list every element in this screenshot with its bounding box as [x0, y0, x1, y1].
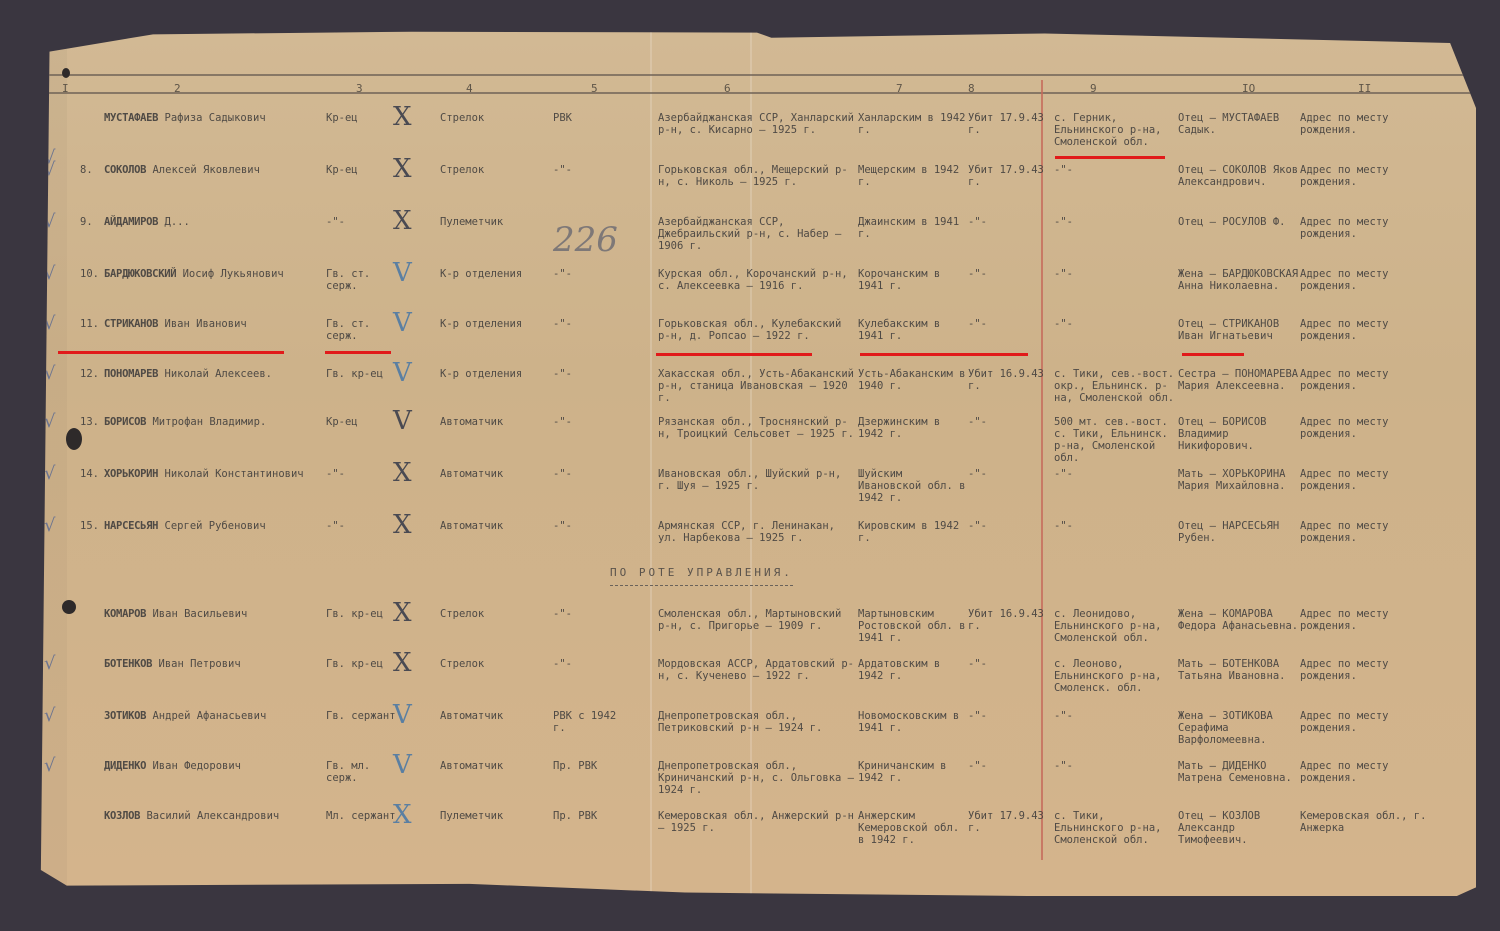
tick-mark-icon: √ [44, 658, 55, 670]
checkmark-icon: V [393, 410, 412, 432]
red-underline [1055, 156, 1165, 159]
tick-mark-icon: √ [44, 710, 55, 722]
red-underline [1182, 353, 1244, 356]
tick-mark-icon: √ [44, 468, 55, 480]
header-rule-top [38, 74, 1476, 76]
checkmark-icon: X [393, 514, 412, 536]
checkmark-icon: V [393, 262, 412, 284]
checkmark-icon: X [393, 602, 412, 624]
pencil-note: 226 [553, 220, 618, 260]
checkmark-icon: X [393, 106, 412, 128]
paper-hole [62, 600, 76, 614]
fold-line [650, 30, 652, 896]
document-page: I 2 3 4 5 6 7 8 9 IO II 226 √ МУСТАФАЕВ … [38, 30, 1476, 896]
checkmark-icon: V [393, 754, 412, 776]
red-underline [325, 351, 391, 354]
checkmark-icon: X [393, 804, 412, 826]
checkmark-icon: X [393, 462, 412, 484]
red-underline [656, 353, 812, 356]
tick-mark-icon: √ [44, 520, 55, 532]
paper-hole [66, 428, 82, 450]
tick-mark-icon: √ [44, 216, 55, 228]
checkmark-icon: X [393, 652, 412, 674]
column-numbers: I 2 3 4 5 6 7 8 9 IO II [38, 82, 1476, 98]
tick-mark-icon: √ [44, 368, 55, 380]
paper-hole [62, 68, 70, 78]
checkmark-icon: X [393, 158, 412, 180]
section-heading: ПО РОТЕ УПРАВЛЕНИЯ. [610, 566, 793, 586]
tick-mark-icon: √ [44, 760, 55, 772]
tick-mark-icon: √ [44, 268, 55, 280]
red-underline [58, 351, 284, 354]
tick-mark-icon: √ [44, 416, 55, 428]
checkmark-icon: V [393, 312, 412, 334]
red-underline [860, 353, 1028, 356]
checkmark-icon: X [393, 210, 412, 232]
tick-mark-icon: √ [44, 318, 55, 330]
tick-mark-icon: √ [44, 164, 55, 176]
checkmark-icon: V [393, 704, 412, 726]
checkmark-icon: V [393, 362, 412, 384]
